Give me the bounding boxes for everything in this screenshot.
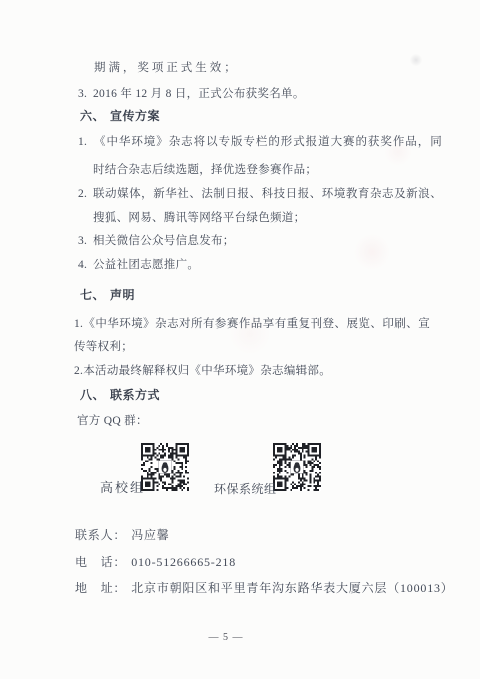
section-seven-title: 声明: [110, 288, 135, 303]
section-eight-title: 联系方式: [110, 388, 160, 403]
section-six-title: 宣传方案: [110, 109, 160, 124]
timeline-item-text: 2016 年 12 月 8 日，正式公布获奖名单。: [93, 87, 305, 102]
qr-label-university-group: 高校组: [100, 480, 145, 495]
contact-phone-value: 010-51266665-218: [131, 555, 236, 569]
statement-item-1-line-2: 传等权利；: [74, 340, 133, 355]
carryover-text: 期满，奖项正式生效；: [94, 61, 236, 76]
official-qq-group-label: 官方 QQ 群：: [77, 414, 148, 429]
publicity-item-2-number: 2.: [78, 187, 87, 202]
section-six-number: 六、: [80, 109, 105, 124]
scanned-document-page: 期满，奖项正式生效； 3. 2016 年 12 月 8 日，正式公布获奖名单。 …: [0, 0, 480, 679]
contact-address-label: 地 址：: [75, 581, 126, 595]
section-seven-number: 七、: [80, 288, 105, 303]
section-eight-number: 八、: [80, 388, 105, 403]
publicity-item-2-line-1: 联动媒体，新华社、法制日报、科技日报、环境教育杂志及新浪、: [93, 187, 442, 202]
contact-person-value: 冯应馨: [131, 528, 169, 542]
statement-item-2-line-1: 2.本活动最终解释权归《中华环境》杂志编辑部。: [74, 364, 331, 379]
publicity-item-1-line-2: 时结合杂志后续选题，择优选登参赛作品；: [93, 163, 317, 178]
publicity-item-3-line-1: 相关微信公众号信息发布；: [93, 234, 235, 249]
qq-qr-code-env-system-group: [273, 443, 321, 491]
page-number: — 5 —: [196, 632, 256, 643]
qq-qr-code-university-group: [141, 443, 189, 491]
publicity-item-4-line-1: 公益社团志愿推广。: [93, 258, 199, 273]
publicity-item-2-line-2: 搜狐、网易、腾讯等网络平台绿色频道；: [93, 211, 305, 226]
publicity-item-4-number: 4.: [78, 258, 87, 273]
publicity-item-3-number: 3.: [78, 234, 87, 249]
timeline-item-number: 3.: [78, 87, 87, 102]
contact-address-value: 北京市朝阳区和平里青年沟东路华表大厦六层（100013）: [131, 581, 453, 595]
publicity-item-1-number: 1.: [78, 135, 87, 150]
contact-address-row: 地 址：北京市朝阳区和平里青年沟东路华表大厦六层（100013）: [75, 581, 454, 596]
publicity-item-1-line-1: 《中华环境》杂志将以专版专栏的形式报道大赛的获奖作品，同: [94, 135, 442, 150]
contact-person-row: 联系人：冯应馨: [75, 528, 170, 543]
contact-phone-label: 电 话：: [75, 555, 126, 569]
contact-person-label: 联系人：: [75, 528, 126, 542]
statement-item-1-line-1: 1.《中华环境》杂志对所有参赛作品享有重复刊登、展览、印刷、宣: [74, 317, 430, 332]
contact-phone-row: 电 话：010-51266665-218: [75, 555, 236, 570]
qr-label-env-system-group: 环保系统组: [214, 482, 277, 497]
